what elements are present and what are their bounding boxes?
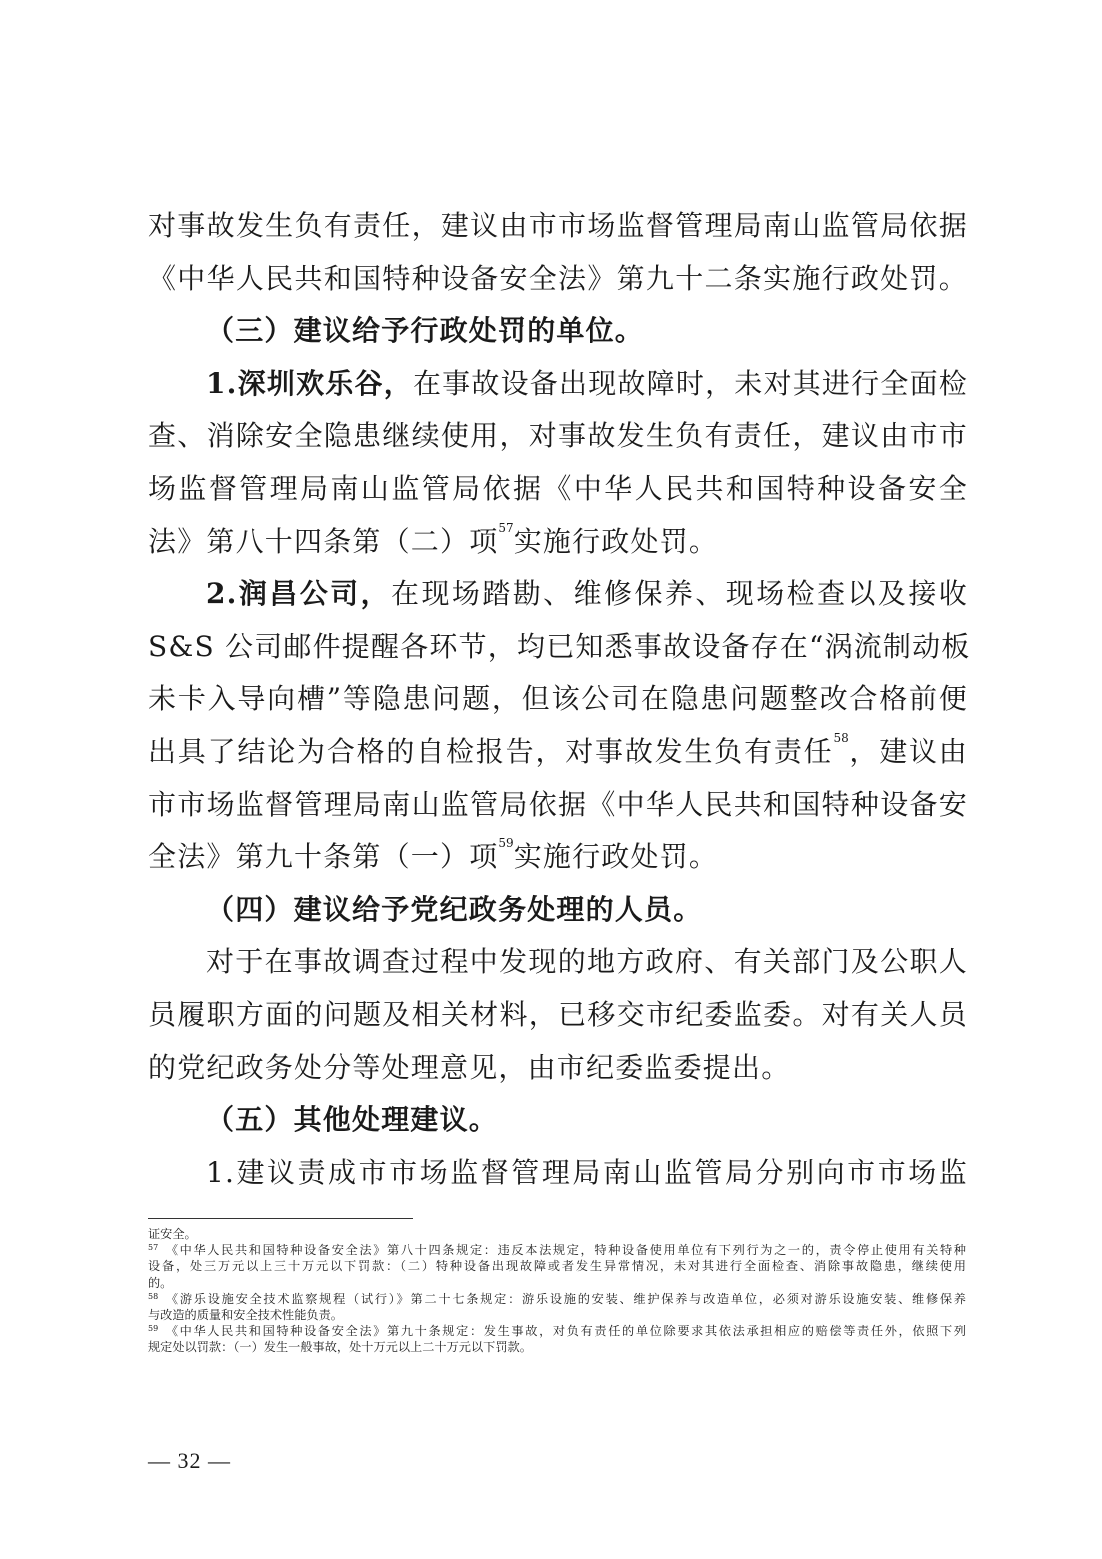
paragraph-line: 出具了结论为合格的自检报告，对事故发生负有责任58，建议由 bbox=[148, 726, 968, 779]
footnote-continuation: 证安全。 bbox=[148, 1226, 966, 1242]
paragraph-line: 未卡入导向槽”等隐患问题，但该公司在隐患问题整改合格前便 bbox=[148, 673, 968, 726]
paragraph-line: 1.建议责成市市场监督管理局南山监管局分别向市市场监 bbox=[148, 1147, 968, 1200]
body-line: 《中华人民共和国特种设备安全法》第九十二条实施行政处罚。 bbox=[148, 253, 968, 306]
paragraph-line: S&S 公司邮件提醒各环节，均已知悉事故设备存在“涡流制动板 bbox=[148, 621, 968, 674]
footnote-line: 规定处以罚款：（一）发生一般事故，处十万元以上二十万元以下罚款。 bbox=[148, 1339, 966, 1355]
page-number: — 32 — bbox=[148, 1448, 231, 1474]
paragraph-line: 场监督管理局南山监管局依据《中华人民共和国特种设备安全 bbox=[148, 463, 968, 516]
footnote-divider bbox=[148, 1218, 413, 1219]
section-heading-3: （三）建议给予行政处罚的单位。 bbox=[148, 305, 968, 358]
footnote-ref-58[interactable]: 58 bbox=[834, 731, 849, 745]
paragraph-line: 1.深圳欢乐谷，在事故设备出现故障时，未对其进行全面检 bbox=[148, 358, 968, 411]
footnote-line: 与改造的质量和安全技术性能负责。 bbox=[148, 1307, 966, 1323]
footnote-58: 58《游乐设施安全技术监察规程（试行）》第二十七条规定：游乐设施的安装、维护保养… bbox=[148, 1291, 966, 1307]
body-line: 对事故发生负有责任，建议由市市场监督管理局南山监管局依据 bbox=[148, 200, 968, 253]
footnote-line: 设备，处三万元以上三十万元以下罚款：（二）特种设备出现故障或者发生异常情况，未对… bbox=[148, 1258, 966, 1274]
section-heading-5: （五）其他处理建议。 bbox=[148, 1094, 968, 1147]
body-text: 对事故发生负有责任，建议由市市场监督管理局南山监管局依据 《中华人民共和国特种设… bbox=[148, 200, 968, 1199]
paragraph-line: 市市场监督管理局南山监管局依据《中华人民共和国特种设备安 bbox=[148, 779, 968, 832]
footnote-ref-59[interactable]: 59 bbox=[498, 836, 513, 850]
paragraph-line: 法》第八十四条第（二）项57实施行政处罚。 bbox=[148, 516, 968, 569]
footnote-line: 的。 bbox=[148, 1275, 966, 1291]
unit-name: 1.深圳欢乐谷， bbox=[206, 367, 413, 400]
footnote-59: 59《中华人民共和国特种设备安全法》第九十条规定：发生事故，对负有责任的单位除要… bbox=[148, 1323, 966, 1339]
footnotes: 证安全。 57《中华人民共和国特种设备安全法》第八十四条规定：违反本法规定，特种… bbox=[148, 1226, 966, 1356]
document-page: 对事故发生负有责任，建议由市市场监督管理局南山监管局依据 《中华人民共和国特种设… bbox=[0, 0, 1102, 1559]
section-heading-4: （四）建议给予党纪政务处理的人员。 bbox=[148, 884, 968, 937]
paragraph-line: 查、消除安全隐患继续使用，对事故发生负有责任，建议由市市 bbox=[148, 410, 968, 463]
unit-name: 2.润昌公司， bbox=[206, 577, 391, 610]
paragraph-line: 对于在事故调查过程中发现的地方政府、有关部门及公职人 bbox=[148, 936, 968, 989]
paragraph-line: 的党纪政务处分等处理意见，由市纪委监委提出。 bbox=[148, 1042, 968, 1095]
footnote-ref-57[interactable]: 57 bbox=[498, 521, 513, 535]
paragraph-line: 员履职方面的问题及相关材料，已移交市纪委监委。对有关人员 bbox=[148, 989, 968, 1042]
paragraph-line: 全法》第九十条第（一）项59实施行政处罚。 bbox=[148, 831, 968, 884]
footnote-57: 57《中华人民共和国特种设备安全法》第八十四条规定：违反本法规定，特种设备使用单… bbox=[148, 1242, 966, 1258]
paragraph-line: 2.润昌公司，在现场踏勘、维修保养、现场检查以及接收 bbox=[148, 568, 968, 621]
